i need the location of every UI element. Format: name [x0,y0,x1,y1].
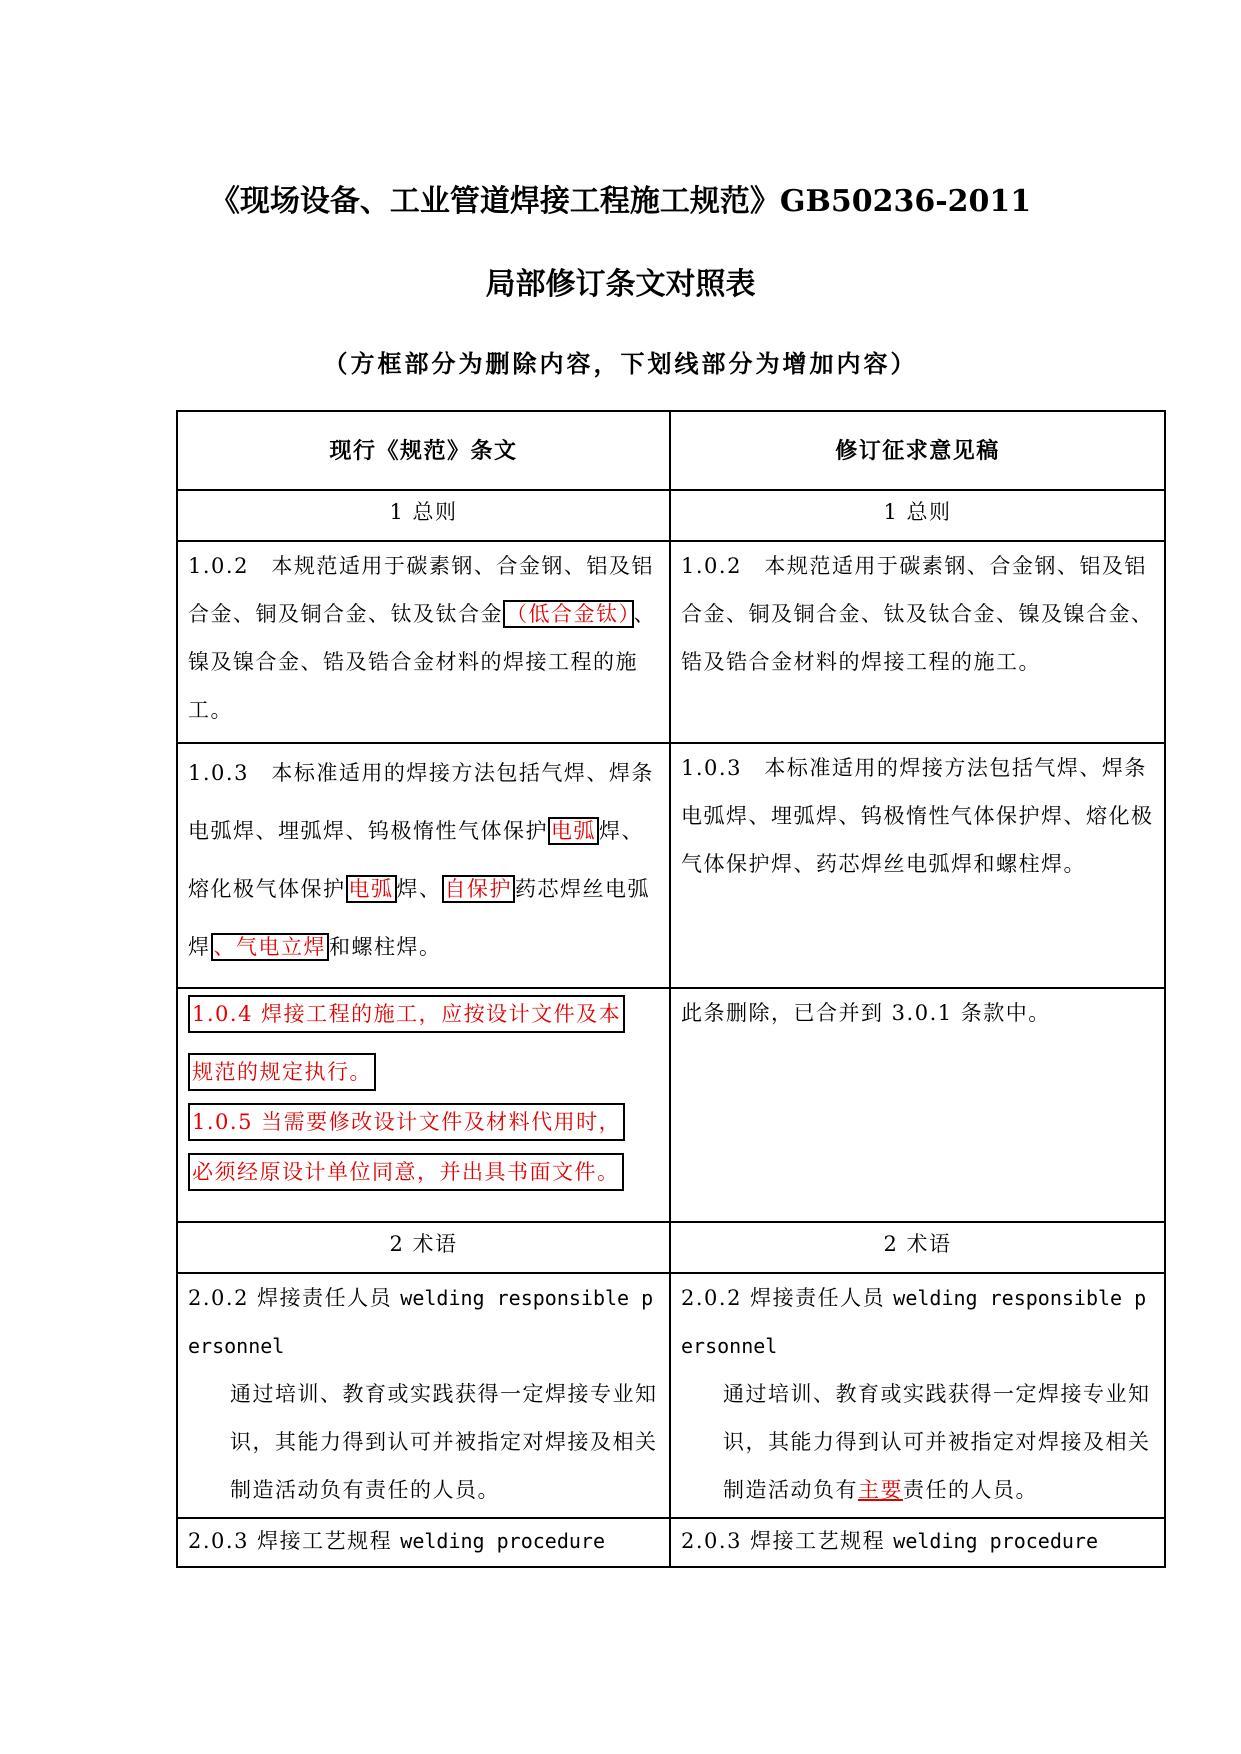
clause-text: 和螺柱焊。 [329,935,442,959]
document-subtitle: 局部修订条文对照表 [0,259,1241,303]
clause-text: 责任的人员。 [903,1478,1038,1502]
clause-revised: 2.0.2 焊接责任人员 welding responsible personn… [670,1273,1165,1518]
deleted-text: 1.0.4 焊接工程的施工，应按设计文件及本 [188,995,625,1033]
deleted-text: 必须经原设计单位同意，并出具书面文件。 [188,1153,624,1191]
clause-current: 2.0.3 焊接工艺规程 welding procedure [177,1518,670,1567]
section-row-general: 1 总则 1 总则 [177,490,1165,541]
term-definition: 通过培训、教育或实践获得一定焊接专业知识，其能力得到认可并被指定对焊接及相关制造… [188,1370,659,1514]
clause-revised: 2.0.3 焊接工艺规程 welding procedure [670,1518,1165,1567]
section-label-right: 2 术语 [670,1222,1165,1273]
header-current-code: 现行《规范》条文 [177,411,670,490]
table-row-2-0-3: 2.0.3 焊接工艺规程 welding procedure 2.0.3 焊接工… [177,1518,1165,1567]
table-row-1-0-2: 1.0.2 本规范适用于碳素钢、合金钢、铝及铝合金、铜及铜合金、钛及钛合金（低合… [177,541,1165,743]
deleted-text: 自保护 [442,875,516,903]
deleted-text: 、气电立焊 [211,933,330,961]
section-label-left: 1 总则 [177,490,670,541]
table-row-2-0-2: 2.0.2 焊接责任人员 welding responsible personn… [177,1273,1165,1518]
section-label-right: 1 总则 [670,490,1165,541]
clause-current: 1.0.2 本规范适用于碳素钢、合金钢、铝及铝合金、铜及铜合金、钛及钛合金（低合… [177,541,670,743]
clause-revised: 1.0.2 本规范适用于碳素钢、合金钢、铝及铝合金、铜及铜合金、钛及钛合金、镍及… [670,541,1165,743]
clause-current: 2.0.2 焊接责任人员 welding responsible personn… [177,1273,670,1518]
table-row-1-0-3: 1.0.3 本标准适用的焊接方法包括气焊、焊条电弧焊、埋弧焊、钨极惰性气体保护电… [177,743,1165,988]
legend-note: （方框部分为删除内容，下划线部分为增加内容） [0,344,1241,379]
section-row-terms: 2 术语 2 术语 [177,1222,1165,1273]
clause-current: 1.0.4 焊接工程的施工，应按设计文件及本 规范的规定执行。 1.0.5 当需… [177,988,670,1222]
deleted-text: 电弧 [548,817,599,845]
table-header-row: 现行《规范》条文 修订征求意见稿 [177,411,1165,490]
header-revision-draft: 修订征求意见稿 [670,411,1165,490]
clause-current: 1.0.3 本标准适用的焊接方法包括气焊、焊条电弧焊、埋弧焊、钨极惰性气体保护电… [177,743,670,988]
table-row-1-0-4-1-0-5: 1.0.4 焊接工程的施工，应按设计文件及本 规范的规定执行。 1.0.5 当需… [177,988,1165,1222]
term-heading: 2.0.2 焊接责任人员 [681,1286,885,1310]
term-heading-en: welding procedure [893,1529,1098,1553]
clause-revised: 1.0.3 本标准适用的焊接方法包括气焊、焊条电弧焊、埋弧焊、钨极惰性气体保护焊… [670,743,1165,988]
added-text: 主要 [858,1478,903,1502]
document-title: 《现场设备、工业管道焊接工程施工规范》GB50236-2011 [0,176,1241,220]
term-heading-en: welding procedure [400,1529,605,1553]
clause-revised: 此条删除，已合并到 3.0.1 条款中。 [670,988,1165,1222]
clause-text: 焊、 [397,877,442,901]
deleted-text: 规范的规定执行。 [188,1053,376,1091]
term-heading: 2.0.2 焊接责任人员 [188,1286,392,1310]
term-heading: 2.0.3 焊接工艺规程 [188,1529,392,1553]
deleted-text: 1.0.5 当需要修改设计文件及材料代用时， [188,1103,625,1141]
term-definition: 通过培训、教育或实践获得一定焊接专业知识，其能力得到认可并被指定对焊接及相关制造… [681,1370,1154,1514]
term-heading: 2.0.3 焊接工艺规程 [681,1529,885,1553]
deleted-text: 电弧 [346,875,397,903]
section-label-left: 2 术语 [177,1222,670,1273]
deleted-text: （低合金钛） [503,600,634,628]
comparison-table: 现行《规范》条文 修订征求意见稿 1 总则 1 总则 1.0.2 本规范适用于碳… [176,410,1166,1568]
